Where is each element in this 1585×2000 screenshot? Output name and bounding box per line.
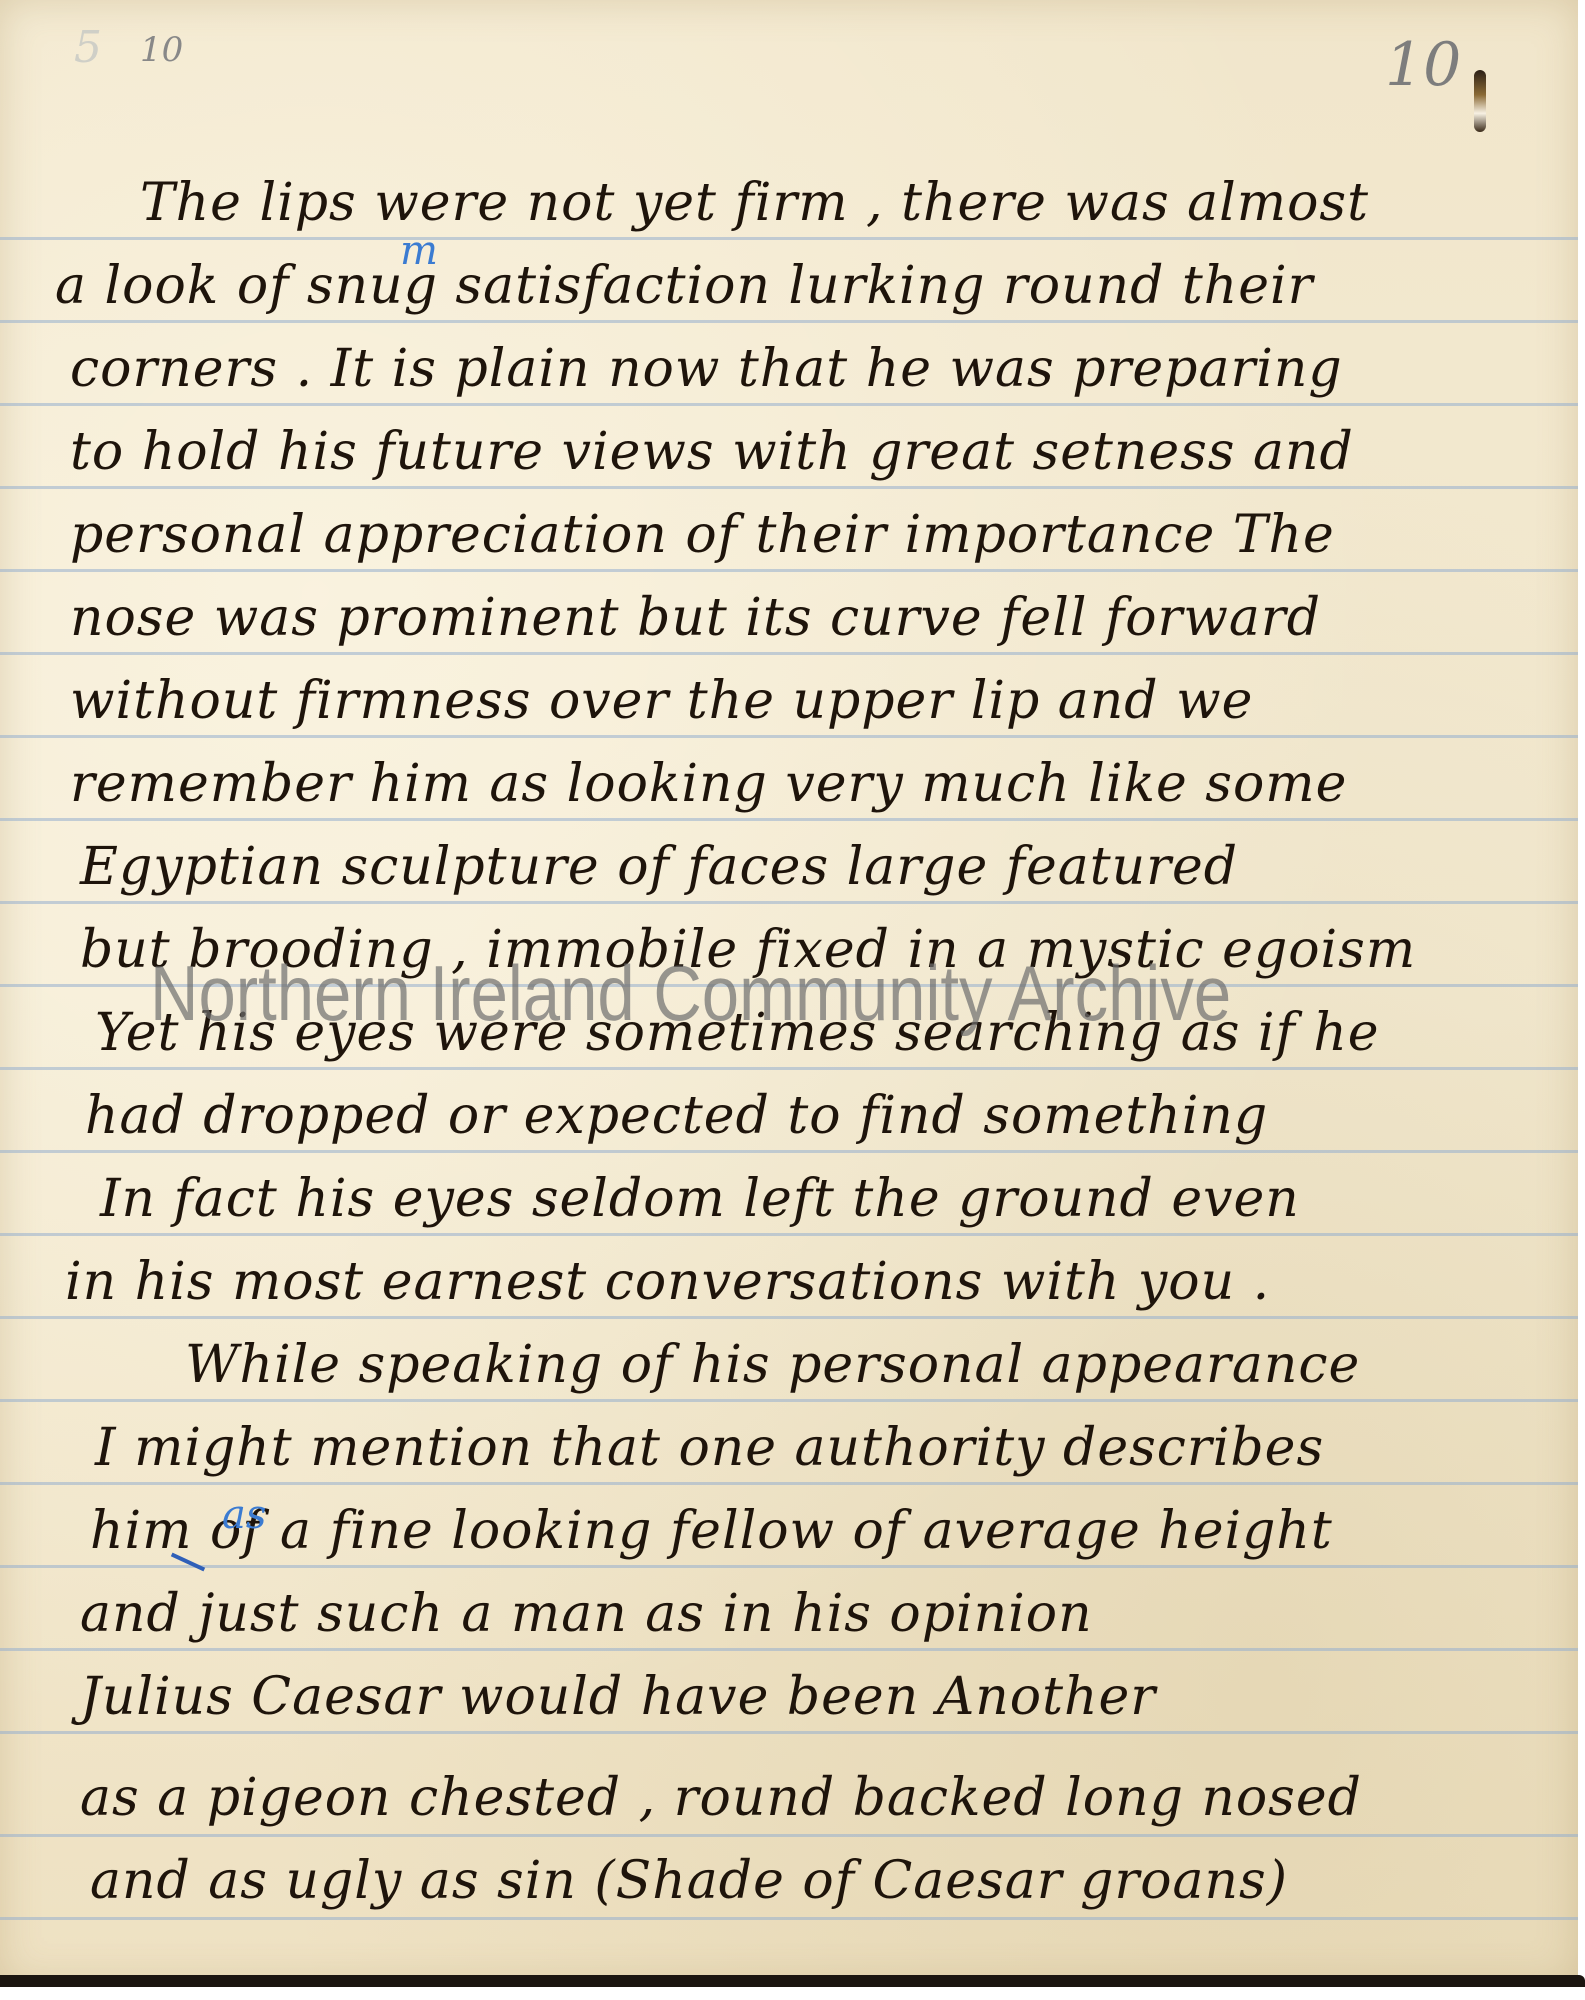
line-text: and as ugly as sin (Shade of Caesar groa… [90, 1851, 1288, 1911]
line-text: a look of snug satisfaction lurking roun… [55, 256, 1314, 316]
line-text: personal appreciation of their importanc… [70, 505, 1335, 565]
line-text: Egyptian sculpture of faces large featur… [80, 837, 1238, 897]
line-text: remember him as looking very much like s… [70, 754, 1347, 814]
line-text: While speaking of his personal appearanc… [185, 1335, 1360, 1395]
line-text: in his most earnest conversations with y… [65, 1252, 1270, 1312]
line-text: The lips were not yet firm , there was a… [140, 173, 1369, 233]
text-line: personal appreciation of their importanc… [0, 489, 1578, 571]
text-line: had dropped or expected to find somethin… [0, 1070, 1578, 1152]
text-line: corners . It is plain now that he was pr… [0, 323, 1578, 405]
text-line: without firmness over the upper lip and … [0, 655, 1578, 737]
pin-hole [1474, 70, 1486, 132]
text-line: in his most earnest conversations with y… [0, 1236, 1578, 1318]
line-text: him of a fine looking fellow of average … [90, 1501, 1333, 1561]
text-line: remember him as looking very much like s… [0, 738, 1578, 820]
text-line: While speaking of his personal appearanc… [0, 1319, 1578, 1401]
line-text: to hold his future views with great setn… [70, 422, 1354, 482]
ruled-line [0, 1917, 1578, 1920]
line-text: had dropped or expected to find somethin… [85, 1086, 1268, 1146]
text-line: Julius Caesar would have been Another [0, 1651, 1578, 1733]
line-text: Julius Caesar would have been Another [80, 1667, 1156, 1727]
line-text: nose was prominent but its curve fell fo… [70, 588, 1321, 648]
text-line: I might mention that one authority descr… [0, 1402, 1578, 1484]
correction-insert-as: as [222, 1492, 266, 1538]
line-text: and just such a man as in his opinion [80, 1584, 1093, 1644]
paper-edge [0, 1975, 1585, 1987]
text-line: In fact his eyes seldom left the ground … [0, 1153, 1578, 1235]
text-line: The lips were not yet firm , there was a… [0, 157, 1578, 239]
text-line: a look of snug satisfaction lurking roun… [0, 240, 1578, 322]
page-number-faint: 5 [74, 22, 102, 73]
line-text: corners . It is plain now that he was pr… [70, 339, 1343, 399]
text-line: nose was prominent but its curve fell fo… [0, 572, 1578, 654]
line-text: In fact his eyes seldom left the ground … [100, 1169, 1300, 1229]
correction-insert-m: m [400, 228, 438, 274]
line-text: as a pigeon chested , round backed long … [80, 1768, 1362, 1828]
page-number-left: 10 [140, 30, 183, 70]
text-line: and just such a man as in his opinion [0, 1568, 1578, 1650]
line-text: I might mention that one authority descr… [95, 1418, 1324, 1478]
text-line: as a pigeon chested , round backed long … [0, 1752, 1578, 1834]
page-number-right: 10 [1385, 30, 1461, 100]
text-line: Egyptian sculpture of faces large featur… [0, 821, 1578, 903]
line-text: without firmness over the upper lip and … [70, 671, 1253, 731]
text-line: to hold his future views with great setn… [0, 406, 1578, 488]
archive-watermark: Northern Ireland Community Archive [150, 948, 1251, 1039]
text-line: and as ugly as sin (Shade of Caesar groa… [0, 1835, 1578, 1917]
